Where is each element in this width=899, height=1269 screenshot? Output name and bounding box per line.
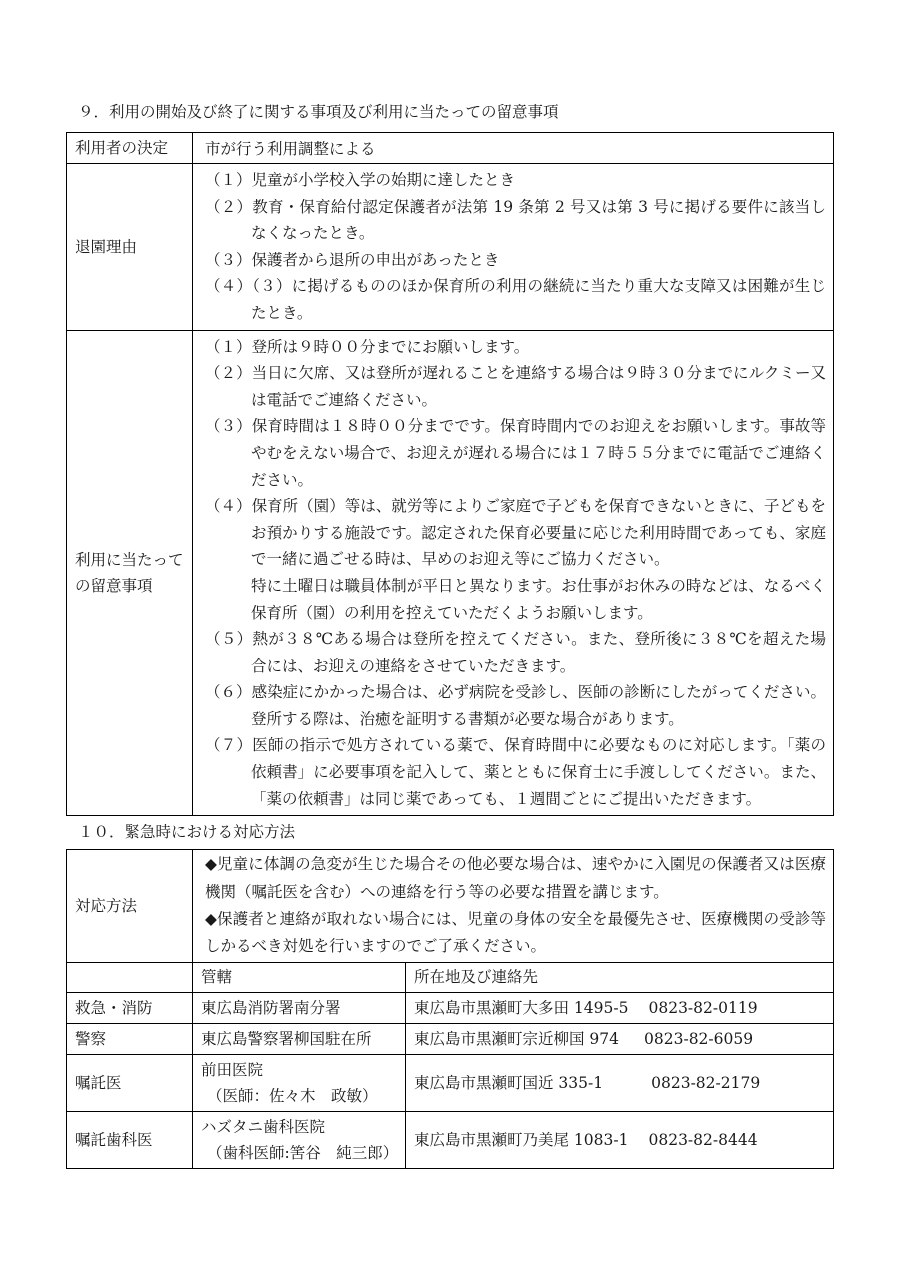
contact-label: 嘱託医: [67, 1054, 193, 1111]
contact-org: 前田医院: [201, 1057, 399, 1083]
usage-note-item: （７）医師の指示で処方されている薬で、保育時間中に必要なものに対応します。「薬の…: [205, 732, 826, 812]
response-method-label: 対応方法: [67, 850, 193, 963]
response-paragraph: ◆児童に体調の急変が生じた場合その他必要な場合は、速やかに入園児の保護者又は医療…: [205, 851, 826, 906]
response-paragraph: ◆保護者と連絡が取れない場合には、児童の身体の安全を最優先させ、医療機関の受診等…: [205, 906, 826, 961]
row-response-method: 対応方法 ◆児童に体調の急変が生じた場合その他必要な場合は、速やかに入園児の保護…: [67, 850, 834, 963]
contact-address: 東広島市黒瀬町乃美尾 1083-1: [414, 1131, 628, 1149]
usage-note-item: （３）保育時間は１８時００分までです。保育時間内でのお迎えをお願いします。事故等…: [205, 413, 826, 493]
usage-note-subitem: 特に土曜日は職員体制が平日と異なります。お仕事がお休みの時などは、なるべく保育所…: [205, 573, 826, 626]
contact-address-cell: 東広島市黒瀬町乃美尾 1083-10823-82-8444: [406, 1111, 834, 1168]
withdrawal-item: （２）教育・保育給付認定保護者が法第 19 条第 2 号又は第 3 号に掲げる要…: [205, 194, 826, 247]
usage-note-item: （５）熱が３８℃ある場合は登所を控えてください。また、登所後に３８℃を超えた場合…: [205, 626, 826, 679]
contact-phone: 0823-82-8444: [648, 1127, 757, 1153]
withdrawal-item: （３）保護者から退所の申出があったとき: [205, 247, 826, 274]
contact-address: 東広島市黒瀬町大多田 1495-5: [414, 999, 628, 1017]
usage-note-item: （２）当日に欠席、又は登所が遅れることを連絡する場合は９時３０分までにルクミー又…: [205, 360, 826, 413]
contact-address-cell: 東広島市黒瀬町大多田 1495-50823-82-0119: [406, 992, 834, 1023]
usage-notes-items: （１）登所は９時００分までにお願いします。 （２）当日に欠席、又は登所が遅れるこ…: [193, 330, 834, 816]
contact-org-cell: 前田医院 （医師：佐々木 政敏）: [193, 1054, 406, 1111]
contact-org: 東広島消防署南分署: [193, 992, 406, 1023]
user-decision-value: 市が行う利用調整による: [193, 133, 834, 164]
contact-phone: 0823-82-6059: [644, 1026, 753, 1052]
contact-org-detail: （歯科医師:筈谷 純三郎）: [201, 1140, 399, 1166]
row-user-decision: 利用者の決定 市が行う利用調整による: [67, 133, 834, 164]
withdrawal-label: 退園理由: [67, 164, 193, 331]
section9-table: 利用者の決定 市が行う利用調整による 退園理由 （１）児童が小学校入学の始期に達…: [66, 132, 834, 816]
contacts-header-row: 管轄 所在地及び連絡先: [67, 962, 834, 992]
contact-address-cell: 東広島市黒瀬町宗近柳国 9740823-82-6059: [406, 1023, 834, 1054]
contact-address-cell: 東広島市黒瀬町国近 335-10823-82-2179: [406, 1054, 834, 1111]
contact-label: 警察: [67, 1023, 193, 1054]
contact-org: 東広島警察署柳国駐在所: [193, 1023, 406, 1054]
contact-address: 東広島市黒瀬町国近 335-1: [414, 1074, 603, 1092]
withdrawal-items: （１）児童が小学校入学の始期に達したとき （２）教育・保育給付認定保護者が法第 …: [193, 164, 834, 331]
usage-note-item: （６）感染症にかかった場合は、必ず病院を受診し、医師の診断にしたがってください。…: [205, 679, 826, 732]
contact-row-police: 警察 東広島警察署柳国駐在所 東広島市黒瀬町宗近柳国 9740823-82-60…: [67, 1023, 834, 1054]
contact-phone: 0823-82-0119: [648, 995, 757, 1021]
withdrawal-item: （４）（３）に掲げるもののほか保育所の利用の継続に当たり重大な支障又は困難が生じ…: [205, 273, 826, 326]
user-decision-label: 利用者の決定: [67, 133, 193, 164]
section10-table: 対応方法 ◆児童に体調の急変が生じた場合その他必要な場合は、速やかに入園児の保護…: [66, 849, 834, 1169]
contacts-header-empty: [67, 962, 193, 992]
section9-title: ９．利用の開始及び終了に関する事項及び利用に当たっての留意事項: [66, 101, 833, 123]
contacts-col-address: 所在地及び連絡先: [406, 962, 834, 992]
withdrawal-item: （１）児童が小学校入学の始期に達したとき: [205, 167, 826, 194]
section10-title: １０．緊急時における対応方法: [66, 821, 833, 843]
document-page: ９．利用の開始及び終了に関する事項及び利用に当たっての留意事項 利用者の決定 市…: [0, 0, 899, 1269]
contact-row-doctor: 嘱託医 前田医院 （医師：佐々木 政敏） 東広島市黒瀬町国近 335-10823…: [67, 1054, 834, 1111]
usage-notes-label: 利用に当たっての留意事項: [67, 330, 193, 816]
contacts-col-org: 管轄: [193, 962, 406, 992]
contact-row-dentist: 嘱託歯科医 ハズタニ歯科医院 （歯科医師:筈谷 純三郎） 東広島市黒瀬町乃美尾 …: [67, 1111, 834, 1168]
response-method-text: ◆児童に体調の急変が生じた場合その他必要な場合は、速やかに入園児の保護者又は医療…: [193, 850, 834, 963]
usage-note-item: （１）登所は９時００分までにお願いします。: [205, 334, 826, 361]
contact-org-detail: （医師：佐々木 政敏）: [201, 1083, 399, 1109]
contact-phone: 0823-82-2179: [651, 1070, 760, 1096]
contact-label: 救急・消防: [67, 992, 193, 1023]
contact-row-fire: 救急・消防 東広島消防署南分署 東広島市黒瀬町大多田 1495-50823-82…: [67, 992, 834, 1023]
contact-org: ハズタニ歯科医院: [201, 1114, 399, 1140]
contact-address: 東広島市黒瀬町宗近柳国 974: [414, 1030, 619, 1048]
row-withdrawal-reasons: 退園理由 （１）児童が小学校入学の始期に達したとき （２）教育・保育給付認定保護…: [67, 164, 834, 331]
contact-label: 嘱託歯科医: [67, 1111, 193, 1168]
contact-org-cell: ハズタニ歯科医院 （歯科医師:筈谷 純三郎）: [193, 1111, 406, 1168]
usage-note-item: （４）保育所（園）等は、就労等によりご家庭で子どもを保育できないときに、子どもを…: [205, 493, 826, 573]
row-usage-notes: 利用に当たっての留意事項 （１）登所は９時００分までにお願いします。 （２）当日…: [67, 330, 834, 816]
